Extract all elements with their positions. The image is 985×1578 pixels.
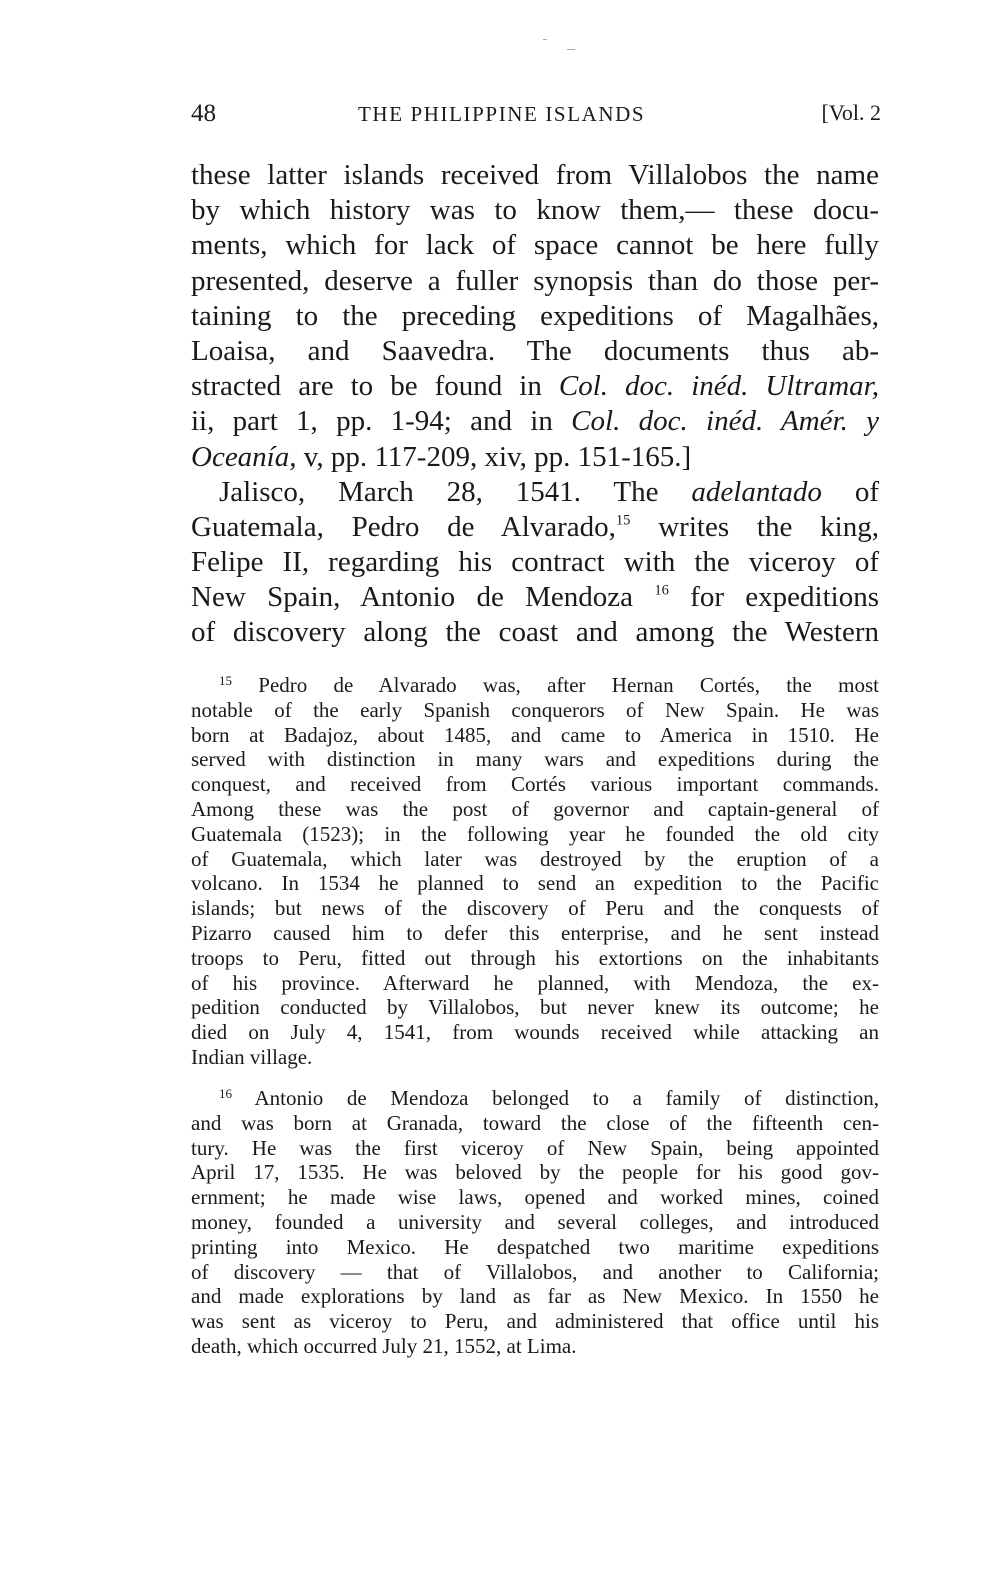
- text-line: ments, which for lack of space cannot be…: [191, 228, 879, 263]
- text-run: Pedro de Alvarado was, after Hernan Cort…: [232, 673, 879, 697]
- footnote-line: Pizarro caused him to defer this enterpr…: [191, 921, 879, 946]
- text-line: Oceanía, v, pp. 117-209, xiv, pp. 151-16…: [191, 440, 879, 475]
- text-run: ii, part 1, pp. 1-94; and in: [191, 405, 571, 437]
- footnote-line: islands; but news of the discovery of Pe…: [191, 896, 879, 921]
- footnote-line: 16 Antonio de Mendoza belonged to a fami…: [191, 1086, 879, 1111]
- footnote-line: volcano. In 1534 he planned to send an e…: [191, 871, 879, 896]
- text-line: of discovery along the coast and among t…: [191, 615, 879, 650]
- footnote-line: money, founded a university and several …: [191, 1210, 879, 1235]
- running-header: 48 THE PHILIPPINE ISLANDS [Vol. 2: [191, 100, 881, 134]
- citation-italic: Col. doc. inéd. Ultramar,: [559, 370, 879, 402]
- footnote-line: troops to Peru, fitted out through his e…: [191, 946, 879, 971]
- footnote-16: 16 Antonio de Mendoza belonged to a fami…: [191, 1086, 879, 1359]
- text-run: New Spain, Antonio de Mendoza: [191, 581, 654, 613]
- text-line: Guatemala, Pedro de Alvarado,15 writes t…: [191, 510, 879, 545]
- text-run: of: [822, 476, 879, 508]
- footnote-line: Guatemala (1523); in the following year …: [191, 822, 879, 847]
- volume-label: [Vol. 2: [822, 100, 882, 126]
- footnote-line: printing into Mexico. He despatched two …: [191, 1235, 879, 1260]
- footnote-line: and was born at Granada, toward the clos…: [191, 1111, 879, 1136]
- footnote-line: ernment; he made wise laws, opened and w…: [191, 1185, 879, 1210]
- footnote-line: Among these was the post of governor and…: [191, 797, 879, 822]
- footnote-line: served with distinction in many wars and…: [191, 747, 879, 772]
- text-run: for expeditions: [669, 581, 879, 613]
- footnote-line: died on July 4, 1541, from wounds receiv…: [191, 1020, 879, 1045]
- footnote-line: of his province. Afterward he planned, w…: [191, 971, 879, 996]
- text-run: writes the king,: [630, 511, 879, 543]
- text-line: Felipe II, regarding his contract with t…: [191, 545, 879, 580]
- footnote-line: 15 Pedro de Alvarado was, after Hernan C…: [191, 673, 879, 698]
- text-line: ii, part 1, pp. 1-94; and in Col. doc. i…: [191, 404, 879, 439]
- footnote-15: 15 Pedro de Alvarado was, after Hernan C…: [191, 673, 879, 1070]
- text-line: these latter islands received from Villa…: [191, 158, 879, 193]
- footnote-line: of Guatemala, which later was destroyed …: [191, 847, 879, 872]
- text-run: Antonio de Mendoza belonged to a family …: [232, 1086, 879, 1110]
- text-line: taining to the preceding expeditions of …: [191, 299, 879, 334]
- footnote-line: notable of the early Spanish conquerors …: [191, 698, 879, 723]
- paragraph-jalisco-letter: Jalisco, March 28, 1541. The adelantado …: [191, 475, 879, 651]
- scan-speck: [567, 49, 575, 50]
- footnote-reference[interactable]: 15: [616, 512, 631, 528]
- text-line: presented, deserve a fuller synopsis tha…: [191, 264, 879, 299]
- main-text: these latter islands received from Villa…: [191, 158, 879, 651]
- footnote-number: 15: [219, 673, 232, 688]
- footnote-line: conquest, and received from Cortés vario…: [191, 772, 879, 797]
- footnote-line: Indian village.: [191, 1045, 879, 1070]
- citation-italic: Col. doc. inéd. Amér. y: [571, 405, 879, 437]
- text-run: Jalisco, March 28, 1541. The: [219, 476, 691, 508]
- footnote-line: death, which occurred July 21, 1552, at …: [191, 1334, 879, 1359]
- running-title: THE PHILIPPINE ISLANDS: [358, 102, 645, 127]
- text-line: Jalisco, March 28, 1541. The adelantado …: [191, 475, 879, 510]
- footnote-line: April 17, 1535. He was beloved by the pe…: [191, 1160, 879, 1185]
- footnote-line: was sent as viceroy to Peru, and adminis…: [191, 1309, 879, 1334]
- book-page: 48 THE PHILIPPINE ISLANDS [Vol. 2 these …: [0, 0, 985, 1578]
- term-italic: adelantado: [691, 476, 822, 508]
- text-line: stracted are to be found in Col. doc. in…: [191, 369, 879, 404]
- text-line: New Spain, Antonio de Mendoza 16 for exp…: [191, 580, 879, 615]
- page-number: 48: [191, 100, 216, 128]
- footnote-number: 16: [219, 1086, 232, 1101]
- footnote-line: and made explorations by land as far as …: [191, 1284, 879, 1309]
- text-line: by which history was to know them,— thes…: [191, 193, 879, 228]
- scan-speck: [543, 39, 547, 40]
- text-run: v, pp. 117-209, xiv, pp. 151-165.]: [297, 441, 692, 473]
- paragraph-synopsis: these latter islands received from Villa…: [191, 158, 879, 475]
- citation-italic: Oceanía,: [191, 441, 297, 473]
- footnote-line: tury. He was the first viceroy of New Sp…: [191, 1136, 879, 1161]
- footnote-line: of discovery — that of Villalobos, and a…: [191, 1260, 879, 1285]
- text-run: Guatemala, Pedro de Alvarado,: [191, 511, 616, 543]
- text-line: Loaisa, and Saavedra. The documents thus…: [191, 334, 879, 369]
- footnote-line: born at Badajoz, about 1485, and came to…: [191, 723, 879, 748]
- footnote-reference[interactable]: 16: [654, 583, 669, 599]
- text-run: stracted are to be found in: [191, 370, 559, 402]
- footnote-line: pedition conducted by Villalobos, but ne…: [191, 995, 879, 1020]
